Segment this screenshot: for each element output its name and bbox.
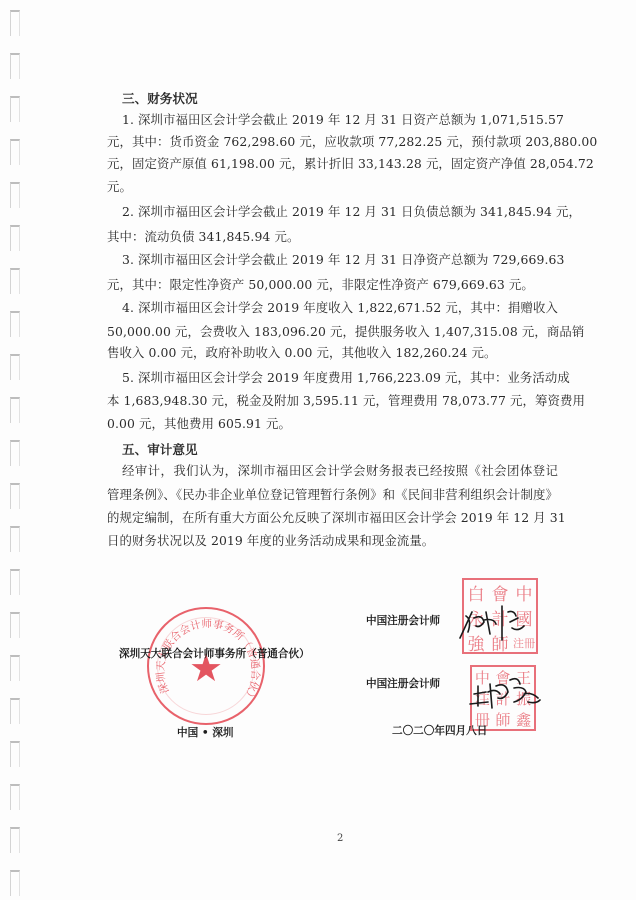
firm-name: 深圳天大联合会计师事务所（普通合伙） — [119, 646, 310, 661]
paragraph-line: 1. 深圳市福田区会计学会截止 2019 年 12 月 31 日资产总额为 1,… — [122, 112, 558, 128]
binding-hole — [10, 311, 20, 337]
paragraph-line: 3. 深圳市福田区会计学会截止 2019 年 12 月 31 日净资产总额为 7… — [122, 252, 558, 268]
page-number: 2 — [337, 833, 343, 844]
paragraph-line: 管理条例》、《民办非企业单位登记管理暂行条例》和《民间非营利组织会计制度》 — [107, 487, 558, 503]
paragraph-line: 4. 深圳市福田区会计学会 2019 年度收入 1,822,671.52 元，其… — [122, 300, 558, 316]
binding-hole — [10, 354, 20, 380]
paragraph-line: 2. 深圳市福田区会计学会截止 2019 年 12 月 31 日负债总额为 34… — [122, 204, 558, 220]
report-date: 二〇二〇年四月八日 — [392, 723, 487, 738]
binding-hole — [10, 827, 20, 853]
binding-hole — [10, 182, 20, 208]
paragraph-line: 50,000.00 元，会费收入 183,096.20 元，提供服务收入 1,4… — [107, 324, 558, 340]
binding-hole — [10, 96, 20, 122]
paragraph-line: 日的财务状况以及 2019 年度的业务活动成果和现金流量。 — [107, 533, 558, 549]
binding-hole — [10, 870, 20, 896]
paragraph-line: 经审计，我们认为，深圳市福田区会计学会财务报表已经按照《社会团体登记 — [122, 463, 558, 479]
paragraph-line: 元。 — [107, 179, 558, 195]
binding-hole — [10, 53, 20, 79]
paragraph-line: 元，其中：货币资金 762,298.60 元，应收款项 77,282.25 元，… — [107, 134, 558, 150]
paragraph-line: 元，其中：限定性净资产 50,000.00 元，非限定性净资产 679,669.… — [107, 277, 558, 293]
section-heading-audit-opinion: 五、审计意见 — [122, 439, 198, 458]
paragraph-line: 的规定编制，在所有重大方面公允反映了深圳市福田区会计学会 2019 年 12 月… — [107, 510, 558, 526]
handwritten-signature-2 — [466, 672, 546, 712]
binding-hole — [10, 268, 20, 294]
stamp-char: 鑫 — [513, 709, 534, 730]
binding-hole — [10, 526, 20, 552]
binding-hole — [10, 483, 20, 509]
binding-hole — [10, 569, 20, 595]
binding-hole — [10, 225, 20, 251]
binding-hole — [10, 10, 20, 36]
section-heading-financial-status: 三、财务状况 — [122, 88, 198, 107]
paragraph-line: 0.00 元，其他费用 605.91 元。 — [107, 416, 558, 432]
cpa-label-2: 中国注册会计师 — [366, 676, 440, 691]
binding-hole — [10, 440, 20, 466]
cpa-label-1: 中国注册会计师 — [366, 613, 440, 628]
paragraph-line: 本 1,683,948.30 元，税金及附加 3,595.11 元，管理费用 7… — [107, 393, 558, 409]
handwritten-signature-1 — [456, 598, 536, 644]
paragraph-line: 其中：流动负债 341,845.94 元。 — [107, 229, 558, 245]
binding-hole — [10, 741, 20, 767]
binding-hole — [10, 139, 20, 165]
binding-hole — [10, 784, 20, 810]
binding-hole — [10, 698, 20, 724]
stamp-char: 師 — [493, 709, 514, 730]
firm-seal: 深圳天大联合会计师事务所（普通合伙） ★ — [147, 607, 265, 725]
paragraph-line: 售收入 0.00 元，政府补助收入 0.00 元，其他收入 182,260.24… — [107, 345, 558, 361]
paragraph-line: 5. 深圳市福田区会计学会 2019 年度费用 1,766,223.09 元，其… — [122, 370, 558, 386]
binding-hole — [10, 612, 20, 638]
binding-hole — [10, 655, 20, 681]
paragraph-line: 元，固定资产原值 61,198.00 元，累计折旧 33,143.28 元，固定… — [107, 156, 558, 172]
firm-location: 中国 • 深圳 — [177, 725, 234, 740]
binding-hole — [10, 397, 20, 423]
